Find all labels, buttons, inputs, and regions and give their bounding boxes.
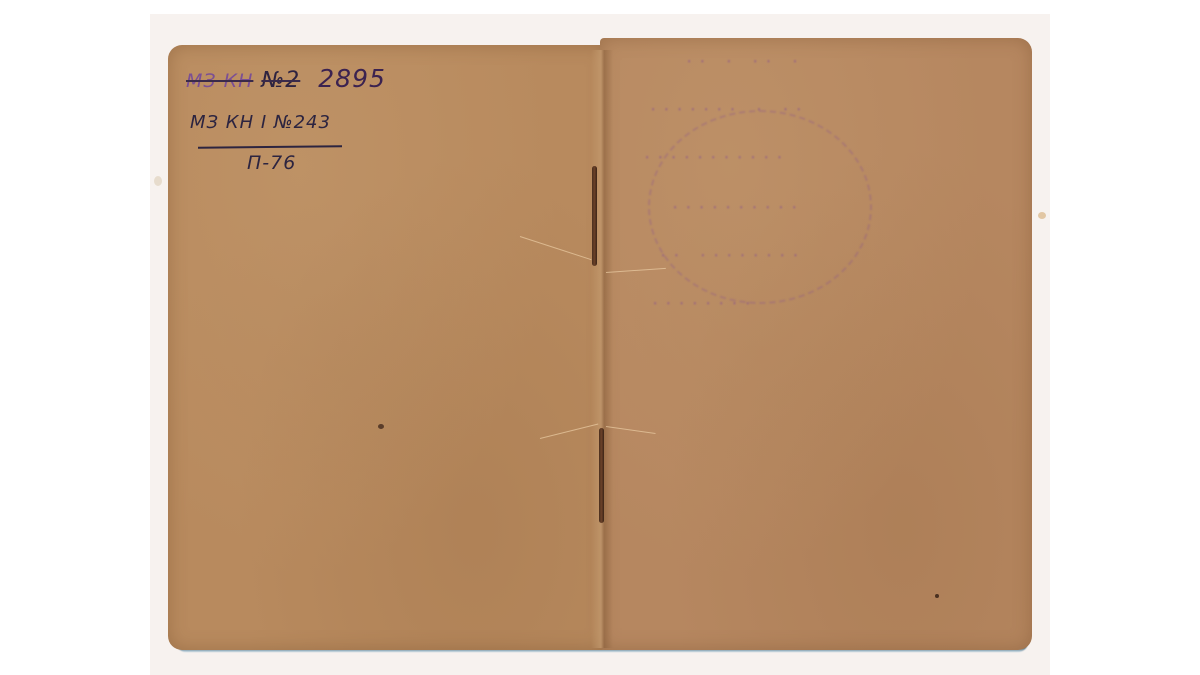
staple-top: [592, 166, 597, 266]
inventory-number-line-1: МЗ КН №2 2895: [186, 64, 386, 93]
number-sign: №2: [261, 68, 300, 93]
inventory-number-line-2: МЗ КН I №243: [190, 112, 331, 133]
stamp-text-line: ·· · ·· ·: [684, 52, 803, 72]
paper-speck: [378, 424, 384, 429]
left-inside-cover: [168, 45, 606, 650]
struck-prefix: МЗ КН: [186, 70, 253, 92]
inventory-number: 2895: [318, 64, 386, 93]
stamp-text-line: ··········: [670, 198, 802, 218]
staple-bottom: [599, 428, 604, 523]
stamp-text-line: ·· ········: [658, 246, 804, 266]
paper-speck: [935, 594, 939, 598]
paper-speck: [154, 176, 162, 186]
faded-ink-stamp: ·· · ·· · ······· · ·· ··········· ·····…: [640, 48, 880, 338]
open-booklet: МЗ КН №2 2895 МЗ КН I №243 П-76 ·· · ·· …: [0, 0, 1200, 675]
stamp-text-line: ········: [650, 294, 756, 314]
paper-speck: [1038, 212, 1046, 219]
stamp-text-line: ······· · ··: [648, 100, 807, 120]
inventory-code-line-3: П-76: [247, 152, 296, 174]
spine-fold: [591, 50, 613, 648]
stamp-text-line: ···········: [642, 148, 788, 168]
